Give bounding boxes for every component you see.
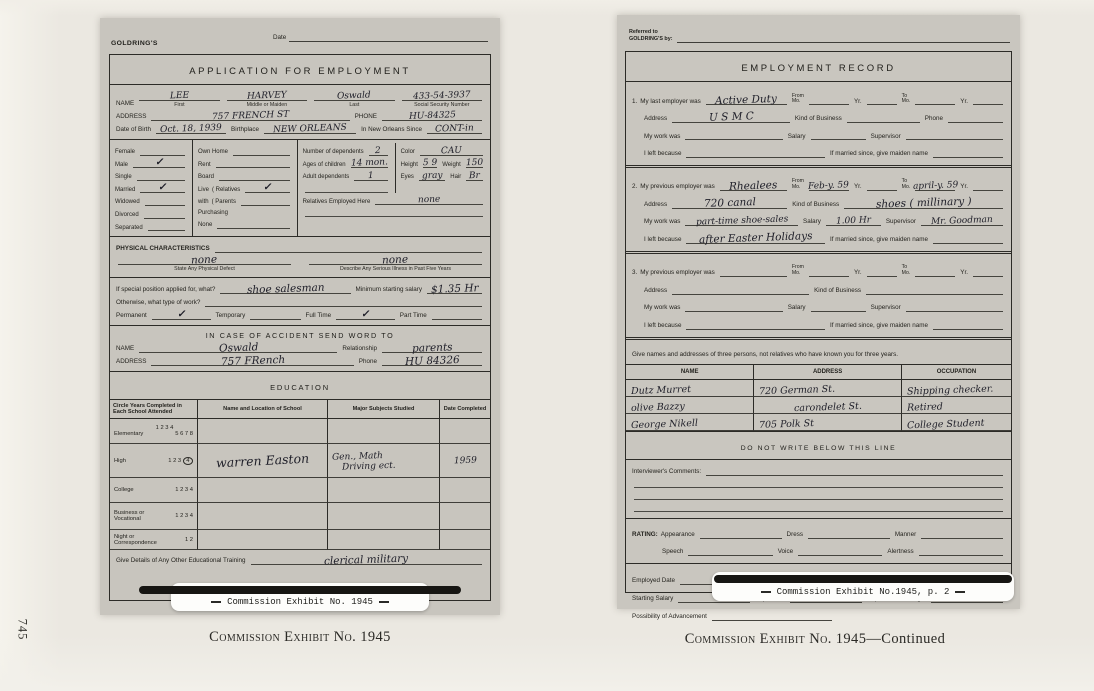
dependents-physique-column: Number of dependents2 Ages of children14…	[298, 140, 490, 236]
with-label: with	[198, 199, 209, 206]
residence-item: Rent	[198, 159, 292, 168]
kind-of-business-label: Kind of Business	[814, 288, 861, 295]
level-name: Night or Correspondence	[114, 534, 164, 546]
speech-label: Speech	[662, 549, 683, 556]
level-name: College	[114, 487, 134, 493]
accident-name-label: NAME	[116, 346, 134, 353]
hair-label: Hair	[450, 174, 461, 181]
address-label: Address	[644, 116, 667, 123]
school-value: warren Easton	[216, 452, 310, 469]
defect-value: none	[191, 254, 217, 265]
employment-record-form: EMPLOYMENT RECORD 1. My last employer wa…	[625, 51, 1012, 593]
advancement-label: Possibility of Advancement	[632, 614, 707, 621]
manner-label: Manner	[895, 532, 916, 539]
left-because-label: I left because	[644, 323, 681, 330]
work-row: My work was part-time shoe-sales Salary …	[644, 217, 1005, 226]
eyes-label: Eyes	[401, 174, 414, 181]
purchasing-label: Purchasing	[198, 210, 228, 217]
references-section: NAME ADDRESS OCCUPATION Dutz Murret 720 …	[626, 365, 1011, 432]
from-mo-label: FromMo.	[792, 94, 804, 106]
education-cell	[198, 478, 328, 503]
years-line: 1 2 3	[168, 458, 181, 464]
work-row: My work was Salary Supervisor	[644, 303, 1005, 312]
adult-dependents-value: 1	[368, 172, 374, 181]
ssn-field: 433-54-3937 Social Security Number	[400, 92, 484, 108]
employment-record-scan: Referred to GOLDRING'S by: EMPLOYMENT RE…	[617, 15, 1020, 609]
special-position-value: shoe salesman	[246, 282, 324, 295]
item-number: 1.	[632, 99, 637, 106]
starting-salary-value: $1.35 Hr	[431, 283, 479, 295]
address-label: Address	[644, 288, 667, 295]
left-because-label: I left because	[644, 151, 681, 158]
reference-occupation-cell: Retired	[902, 397, 1011, 414]
dash-mark	[379, 601, 389, 603]
references-col-occupation: OCCUPATION	[902, 365, 1011, 380]
years-line: 5 6 7 8	[175, 431, 193, 437]
live-label: Live	[198, 187, 209, 194]
to-mo-label: ToMo.	[902, 94, 911, 106]
education-title: EDUCATION	[270, 383, 330, 392]
exhibit-label: Commission Exhibit No.1945, p. 2	[777, 587, 950, 597]
references-intro: Give names and addresses of three person…	[626, 340, 1011, 365]
marital-item: Divorced	[115, 210, 187, 219]
accident-name-value: Oswald	[218, 342, 258, 354]
employer-label: My previous employer was	[640, 270, 715, 277]
caption-text: Commission Exhibit No. 1945	[685, 631, 867, 647]
relationship-value: parents	[412, 342, 453, 354]
appearance-label: Appearance	[661, 532, 695, 539]
redaction-bar	[714, 575, 1012, 583]
item-number: 3.	[632, 270, 637, 277]
salary-value: 1.00 Hr	[836, 217, 871, 227]
physical-characteristics-row: PHYSICAL CHARACTERISTICS	[116, 244, 484, 253]
residence-item: Own Home	[198, 147, 292, 156]
defect-caption: State Any Physical Defect	[116, 266, 293, 272]
otherwise-row: Otherwise, what type of work?	[116, 298, 484, 307]
own-home-label: Own Home	[198, 149, 228, 156]
level-name: Elementary	[114, 431, 143, 437]
yr-label: Yr.	[960, 184, 968, 191]
employer-row: 3. My previous employer was FromMo. Yr. …	[632, 265, 1005, 277]
hair-value: Br	[469, 172, 480, 181]
work-label: My work was	[644, 219, 680, 226]
birth-row: Date of Birth Oct. 18, 1939 Birthplace N…	[116, 125, 484, 134]
dash-mark	[761, 591, 771, 593]
relatives-employed-value: none	[418, 196, 441, 206]
employer-2-section: 2. My previous employer was Rhealees Fro…	[626, 168, 1011, 254]
marital-item: Married✓	[115, 184, 187, 193]
supervisor-label: Supervisor	[871, 134, 901, 141]
reference-occupation-cell: Shipping checker.	[902, 380, 1011, 397]
education-level-cell: High1 2 3 4	[110, 444, 198, 478]
special-position-label: If special position applied for, what?	[116, 287, 215, 294]
first-name-caption: First	[137, 102, 221, 108]
education-level-cell: Business or Vocational1 2 3 4	[110, 503, 198, 530]
permanent-check: ✓	[177, 310, 186, 320]
special-position-row: If special position applied for, what? s…	[116, 285, 484, 294]
name-label: NAME	[116, 101, 134, 108]
full-time-check: ✓	[361, 310, 370, 320]
employer-address-row: Address U S M C Kind of Business Phone	[644, 114, 1005, 123]
education-col-school: Name and Location of School	[198, 400, 328, 419]
blank-line	[634, 476, 1003, 488]
first-name-field: LEE First	[137, 92, 221, 108]
marital-column: Female Male✓ Single Married✓ Widowed Div…	[110, 140, 193, 236]
level-name: Business or Vocational	[114, 510, 164, 522]
reference-address: 705 Polk St	[759, 419, 814, 430]
kind-of-business-value: shoes ( millinary )	[876, 197, 972, 211]
marital-label: Single	[115, 174, 132, 181]
employer-address-value: U S M C	[708, 112, 753, 124]
color-row: ColorCAU	[401, 147, 485, 156]
work-value: part-time shoe-sales	[695, 216, 788, 228]
reference-occupation: College Student	[907, 419, 985, 431]
dependents-physique-top: Number of dependents2 Ages of children14…	[303, 143, 485, 193]
blank-line	[305, 181, 388, 193]
birthplace-label: Birthplace	[231, 127, 259, 134]
relationship-label: Relationship	[342, 346, 377, 353]
referred-blank-line	[677, 35, 1010, 43]
accident-name-row: NAME Oswald Relationship parents	[116, 344, 484, 353]
do-not-write-section: DO NOT WRITE BELOW THIS LINE	[626, 432, 1011, 460]
references-col-address: ADDRESS	[754, 365, 902, 380]
from-mo-value: Feb-y. 59	[808, 182, 849, 192]
education-level-cell: College1 2 3 4	[110, 478, 198, 503]
last-name-caption: Last	[312, 102, 396, 108]
education-subjects-cell: Gen., MathDriving ect.	[328, 444, 440, 478]
education-cell	[198, 503, 328, 530]
supervisor-label: Supervisor	[886, 219, 916, 226]
accident-title: IN CASE OF ACCIDENT SEND WORD TO	[116, 331, 484, 340]
identity-section: NAME LEE First HARVEY Middle or Maiden O…	[110, 85, 490, 140]
work-row: My work was Salary Supervisor	[644, 131, 1005, 140]
right-page-caption: Commission Exhibit No. 1945—Continued	[600, 631, 1030, 648]
employer-value: Active Duty	[715, 94, 777, 107]
children-ages-row: Ages of children14 mon.	[303, 159, 390, 168]
blank-line	[634, 500, 1003, 512]
employer-label: My last employer was	[640, 99, 701, 106]
marital-item: Widowed	[115, 197, 187, 206]
employer-label: My previous employer was	[640, 184, 715, 191]
reference-name-cell: olive Bazzy	[626, 397, 754, 414]
reference-address-cell: carondelet St.	[754, 397, 902, 414]
dependents-label: Number of dependents	[303, 149, 364, 156]
left-because-row: I left because If married since, give ma…	[644, 149, 1005, 158]
to-mo-value: april-y. 59	[913, 182, 959, 193]
last-name-field: Oswald Last	[312, 92, 396, 108]
accident-section: IN CASE OF ACCIDENT SEND WORD TO NAME Os…	[110, 326, 490, 372]
referred-by-field: Referred to GOLDRING'S by:	[629, 29, 1010, 43]
children-ages-label: Ages of children	[303, 162, 346, 169]
none-label: None	[198, 222, 212, 229]
kind-of-business-label: Kind of Business	[795, 116, 842, 123]
marital-label: Divorced	[115, 212, 139, 219]
rating-section: RATING: Appearance Dress Manner Speech V…	[626, 519, 1011, 564]
birth-label: Date of Birth	[116, 127, 151, 134]
marital-check: ✓	[158, 183, 167, 193]
accident-phone-label: Phone	[359, 359, 377, 366]
education-header-section: EDUCATION	[110, 372, 490, 400]
from-mo-label: FromMo.	[792, 179, 804, 191]
yr-label: Yr.	[854, 184, 862, 191]
employer-address-row: Address 720 canal Kind of Business shoes…	[644, 200, 1005, 209]
yr-label: Yr.	[854, 99, 862, 106]
to-mo-label: ToMo.	[902, 179, 911, 191]
accident-address-row: ADDRESS 757 FRench Phone HU 84326	[116, 357, 484, 366]
ssn-caption: Social Security Number	[400, 102, 484, 108]
employed-date-label: Employed Date	[632, 578, 675, 585]
other-training-value: clerical military	[324, 553, 408, 566]
yr-label: Yr.	[960, 99, 968, 106]
defect-field: none State Any Physical Defect	[116, 256, 293, 272]
rent-label: Rent	[198, 162, 211, 169]
address-value: 757 FRENCH ST	[212, 111, 290, 123]
form-title: APPLICATION FOR EMPLOYMENT	[189, 66, 411, 77]
circled-year: 4	[183, 457, 193, 465]
exhibit-stamp: Commission Exhibit No. 1945	[171, 583, 429, 611]
employer-row: 1. My last employer was Active Duty From…	[632, 94, 1005, 106]
education-cell	[328, 478, 440, 503]
education-school-cell: warren Easton	[198, 444, 328, 478]
form-title-section: APPLICATION FOR EMPLOYMENT	[110, 55, 490, 85]
reference-name: George Nikell	[631, 419, 698, 431]
work-label: My work was	[644, 305, 680, 312]
maiden-name-label: If married since, give maiden name	[830, 237, 928, 244]
exhibit-label: Commission Exhibit No. 1945	[227, 597, 373, 607]
residence-item: Live( Relatives✓	[198, 184, 292, 193]
other-training-row: Give Details of Any Other Educational Tr…	[110, 550, 490, 573]
interviewer-comments-row: Interviewer's Comments:	[632, 467, 1005, 476]
reference-name: olive Bazzy	[631, 402, 685, 413]
height-label: Height	[401, 162, 418, 169]
blank-line	[305, 205, 483, 217]
address-label: ADDRESS	[116, 114, 146, 121]
relatives-employed-label: Relatives Employed Here	[303, 199, 371, 206]
birthplace-value: NEW ORLEANS	[273, 124, 347, 136]
voice-label: Voice	[778, 549, 793, 556]
years-line: 1 2 3 4	[175, 513, 193, 519]
references-col-name: NAME	[626, 365, 754, 380]
reference-name: Dutz Murret	[631, 385, 691, 397]
date-completed-value: 1959	[453, 456, 476, 466]
since-value: CONT-in	[435, 124, 474, 134]
rating-row-2: Speech Voice Alertness	[662, 547, 1005, 556]
education-table: Circle Years Completed in Each School At…	[110, 400, 490, 550]
record-title: EMPLOYMENT RECORD	[741, 63, 895, 74]
rating-label: RATING:	[632, 532, 658, 539]
marital-label: Separated	[115, 225, 143, 232]
yr-label: Yr.	[854, 270, 862, 277]
employer-row: 2. My previous employer was Rhealees Fro…	[632, 179, 1005, 191]
education-level-cell: 1 2 3 4 Elementary5 6 7 8	[110, 419, 198, 444]
middle-name-caption: Middle or Maiden	[225, 102, 309, 108]
education-cell	[440, 530, 490, 550]
first-name-value: LEE	[170, 92, 189, 102]
salary-label: Salary	[788, 134, 806, 141]
reference-name-cell: Dutz Murret	[626, 380, 754, 397]
redaction-bar	[139, 586, 461, 594]
color-label: Color	[401, 149, 415, 156]
to-mo-label: ToMo.	[902, 265, 911, 277]
permanent-label: Permanent	[116, 313, 147, 320]
references-intro-text: Give names and addresses of three person…	[632, 351, 898, 358]
work-label: My work was	[644, 134, 680, 141]
education-section: Circle Years Completed in Each School At…	[110, 400, 490, 600]
marital-check: ✓	[155, 158, 164, 168]
position-section: If special position applied for, what? s…	[110, 278, 490, 326]
reference-address-cell: 720 German St.	[754, 380, 902, 397]
dress-label: Dress	[787, 532, 803, 539]
application-form: APPLICATION FOR EMPLOYMENT NAME LEE Firs…	[109, 54, 491, 601]
left-because-row: I left because after Easter Holidays If …	[644, 235, 1005, 244]
marital-label: Widowed	[115, 199, 140, 206]
residence-item: Purchasing	[198, 210, 292, 217]
part-time-label: Part Time	[400, 313, 427, 320]
middle-name-field: HARVEY Middle or Maiden	[225, 92, 309, 108]
since-label: In New Orleans Since	[361, 127, 422, 134]
residence-item: None	[198, 220, 292, 229]
dependents-block: Number of dependents2 Ages of children14…	[303, 143, 396, 193]
physical-characteristics-section: PHYSICAL CHARACTERISTICS none State Any …	[110, 237, 490, 278]
eyes-hair-row: EyesgrayHairBr	[401, 172, 485, 181]
education-cell	[440, 478, 490, 503]
education-col-years: Circle Years Completed in Each School At…	[110, 400, 198, 419]
employer-1-section: 1. My last employer was Active Duty From…	[626, 82, 1011, 168]
eyes-value: gray	[422, 171, 443, 181]
adult-dependents-label: Adult dependents	[303, 174, 350, 181]
color-value: CAU	[441, 146, 462, 156]
employment-type-row: Permanent ✓ Temporary Full Time ✓ Part T…	[116, 311, 484, 320]
exhibit-stamp: Commission Exhibit No.1945, p. 2	[712, 572, 1014, 601]
education-level-cell: Night or Correspondence1 2	[110, 530, 198, 550]
children-ages-value: 14 mon.	[350, 159, 387, 169]
dash-mark	[955, 591, 965, 593]
marital-item: Separated	[115, 222, 187, 231]
date-label: Date	[273, 35, 286, 42]
accident-address-value: 757 FRench	[220, 355, 285, 368]
residence-column: Own Home Rent Board Live( Relatives✓ wit…	[193, 140, 298, 236]
birth-value: Oct. 18, 1939	[160, 124, 222, 135]
marital-item: Female	[115, 147, 187, 156]
marital-item: Male✓	[115, 159, 187, 168]
reference-address: carondelet St.	[794, 402, 862, 414]
relatives-employed-row: Relatives Employed Here none	[303, 196, 485, 205]
marital-label: Male	[115, 162, 128, 169]
dependents-value: 2	[375, 146, 381, 155]
salary-label: Salary	[803, 219, 821, 226]
dependents-row: Number of dependents2	[303, 147, 390, 156]
education-cell	[440, 503, 490, 530]
last-name-value: Oswald	[337, 91, 371, 101]
left-because-row: I left because If married since, give ma…	[644, 321, 1005, 330]
reference-address-cell: 705 Polk St	[754, 414, 902, 431]
marital-label: Female	[115, 149, 135, 156]
reference-occupation-cell: College Student	[902, 414, 1011, 431]
left-because-label: I left because	[644, 237, 681, 244]
page-top-shading	[0, 0, 1094, 16]
item-number: 2.	[632, 184, 637, 191]
dash-mark	[211, 601, 221, 603]
education-col-subjects: Major Subjects Studied	[328, 400, 440, 419]
years-line: 1 2	[185, 537, 193, 543]
left-because-value: after Easter Holidays	[699, 231, 813, 245]
relatives-label: ( Relatives	[212, 187, 240, 194]
ssn-value: 433-54-3937	[413, 91, 471, 102]
interviewer-section: Interviewer's Comments:	[626, 460, 1011, 519]
referred-line1: Referred to	[629, 29, 658, 35]
board-label: Board	[198, 174, 214, 181]
weight-label: Weight	[442, 162, 461, 169]
education-cell	[440, 419, 490, 444]
level-name: High	[114, 458, 126, 464]
page-edge-shading	[0, 0, 60, 691]
illness-caption: Describe Any Serious Illness in Past Fiv…	[307, 266, 484, 272]
education-cell	[328, 419, 440, 444]
adult-dependents-row: Adult dependents1	[303, 172, 390, 181]
address-label: Address	[644, 202, 667, 209]
accident-address-label: ADDRESS	[116, 359, 146, 366]
employer-address-row: Address Kind of Business	[644, 286, 1005, 295]
marital-label: Married	[115, 187, 135, 194]
alertness-label: Alertness	[887, 549, 913, 556]
physical-characteristics-label: PHYSICAL CHARACTERISTICS	[116, 246, 210, 253]
years-line: 1 2 3 4	[175, 487, 193, 493]
employer-3-section: 3. My previous employer was FromMo. Yr. …	[626, 254, 1011, 340]
middle-name-value: HARVEY	[247, 91, 287, 101]
subjects-value: Driving ect.	[342, 460, 435, 472]
education-date-cell: 1959	[440, 444, 490, 478]
date-field: Date	[273, 34, 488, 42]
caption-suffix: —Continued	[866, 631, 945, 647]
education-cell	[198, 419, 328, 444]
application-form-scan: GOLDRING'S Date APPLICATION FOR EMPLOYME…	[100, 18, 500, 615]
reference-address: 720 German St.	[759, 385, 835, 397]
date-blank-line	[289, 34, 488, 42]
full-time-label: Full Time	[306, 313, 332, 320]
employer-address-value: 720 canal	[704, 197, 756, 209]
supervisor-value: Mr. Goodman	[931, 216, 993, 227]
height-value: 5 9	[423, 159, 438, 168]
reference-occupation: Shipping checker.	[907, 385, 994, 398]
phone-label: PHONE	[355, 114, 377, 121]
advancement-row: Possibility of Advancement	[632, 612, 1005, 621]
caption-text: Commission Exhibit No. 1945	[209, 629, 391, 645]
references-table: NAME ADDRESS OCCUPATION Dutz Murret 720 …	[626, 365, 1011, 431]
starting-salary-label: Minimum starting salary	[356, 287, 422, 294]
temporary-label: Temporary	[216, 313, 246, 320]
do-not-write-text: DO NOT WRITE BELOW THIS LINE	[741, 445, 897, 452]
record-title-section: EMPLOYMENT RECORD	[626, 52, 1011, 82]
phone-label: Phone	[925, 116, 943, 123]
from-mo-label: FromMo.	[792, 265, 804, 277]
illness-value: none	[382, 254, 408, 265]
supervisor-label: Supervisor	[871, 305, 901, 312]
name-row: NAME LEE First HARVEY Middle or Maiden O…	[116, 92, 484, 108]
otherwise-label: Otherwise, what type of work?	[116, 300, 200, 307]
employer-value: Rhealees	[729, 180, 778, 192]
maiden-name-label: If married since, give maiden name	[830, 151, 928, 158]
relatives-check: ✓	[263, 183, 272, 193]
marital-item: Single	[115, 172, 187, 181]
referred-by-label: Referred to GOLDRING'S by:	[629, 29, 673, 43]
blank-line	[634, 488, 1003, 500]
education-col-date: Date Completed	[440, 400, 490, 419]
maiden-name-label: If married since, give maiden name	[830, 323, 928, 330]
education-cell	[198, 530, 328, 550]
store-name: GOLDRING'S	[111, 40, 158, 47]
parents-label: ( Parents	[212, 199, 236, 206]
personal-section: Female Male✓ Single Married✓ Widowed Div…	[110, 140, 490, 237]
